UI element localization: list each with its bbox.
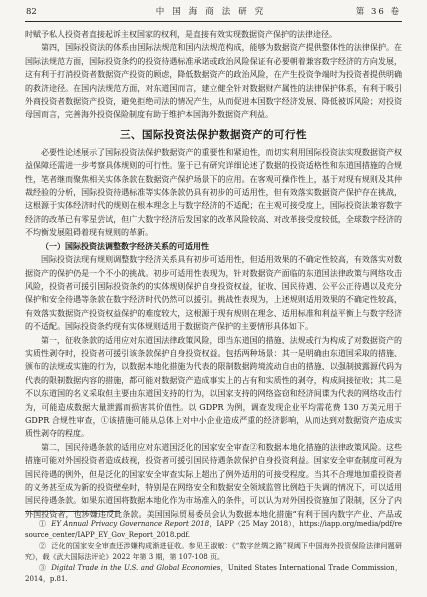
volume-label: 第 36 卷 xyxy=(271,5,401,17)
footnote-3-marker: ③ xyxy=(39,564,46,572)
footnote-2: ②泛化的国家安全审查还涉嫌构成渐进征收。参见王淑敏：《“数字丝绸之路”视阈下中国… xyxy=(25,541,402,562)
footnote-2-marker: ② xyxy=(39,542,46,550)
article-body: 时赋予私人投资者直接起诉主权国家的权利，是直接有效实现数据资产保护的法律途径。 … xyxy=(25,22,402,519)
footnotes-section: ①EY Annual Privacy Governance Report 201… xyxy=(25,511,402,586)
page-number: 82 xyxy=(26,7,156,17)
section-heading: 三、国际投资法保护数据资产的可行性 xyxy=(25,127,402,142)
page-header: 82 中国海商法研究 第 36 卷 xyxy=(25,3,402,21)
footnote-1-marker: ① xyxy=(39,520,46,528)
paragraph-second-point: 第二，国民待遇条款的适用应对东道国泛化的国家安全审查②和数据本地化措施的法律政策… xyxy=(25,441,402,519)
footnote-1-citation-title: EY Annual Privacy Governance Report 2018 xyxy=(51,520,209,528)
footnote-2-citation-rest: 泛化的国家安全审查还涉嫌构成渐进征收。参见王淑敏：《“数字丝绸之路”视阈下中国海… xyxy=(25,542,402,561)
paragraph-continuation: 时赋予私人投资者直接起诉主权国家的权利，是直接有效实现数据资产保护的法律途径。 xyxy=(25,28,402,41)
paragraph-fourth-point: 第四，国际投资法的体系由国际法规范和国内法规范构成，能够为数据资产提供整体性的法… xyxy=(25,41,402,121)
footnote-separator-rule xyxy=(25,511,120,512)
footnote-3-citation-title: Digital Trade in the U.S. and Global Eco… xyxy=(51,564,220,572)
paragraph-first-point: 第一，征收条款的适用应对东道国法律政策风险，即当东道国的措施、法规或行为构成了对… xyxy=(25,334,402,441)
journal-page: 82 中国海商法研究 第 36 卷 时赋予私人投资者直接起诉主权国家的权利，是直… xyxy=(0,0,427,597)
subsection-heading: （一）国际投资法调整数字经济关系的可适用性 xyxy=(25,240,402,253)
footnote-1: ①EY Annual Privacy Governance Report 201… xyxy=(25,519,402,540)
footnote-3: ③Digital Trade in the U.S. and Global Ec… xyxy=(25,563,402,584)
paragraph-intro: 必要性论述展示了国际投资法保护数据资产的重要性和紧迫性，而切实利用国际投资法实现… xyxy=(25,146,402,240)
journal-title: 中国海商法研究 xyxy=(156,5,272,17)
paragraph-applicability: 国际投资法现有规则调整数字经济关系具有初步可适用性，但适用效果的不确定性较高，有… xyxy=(25,253,402,333)
